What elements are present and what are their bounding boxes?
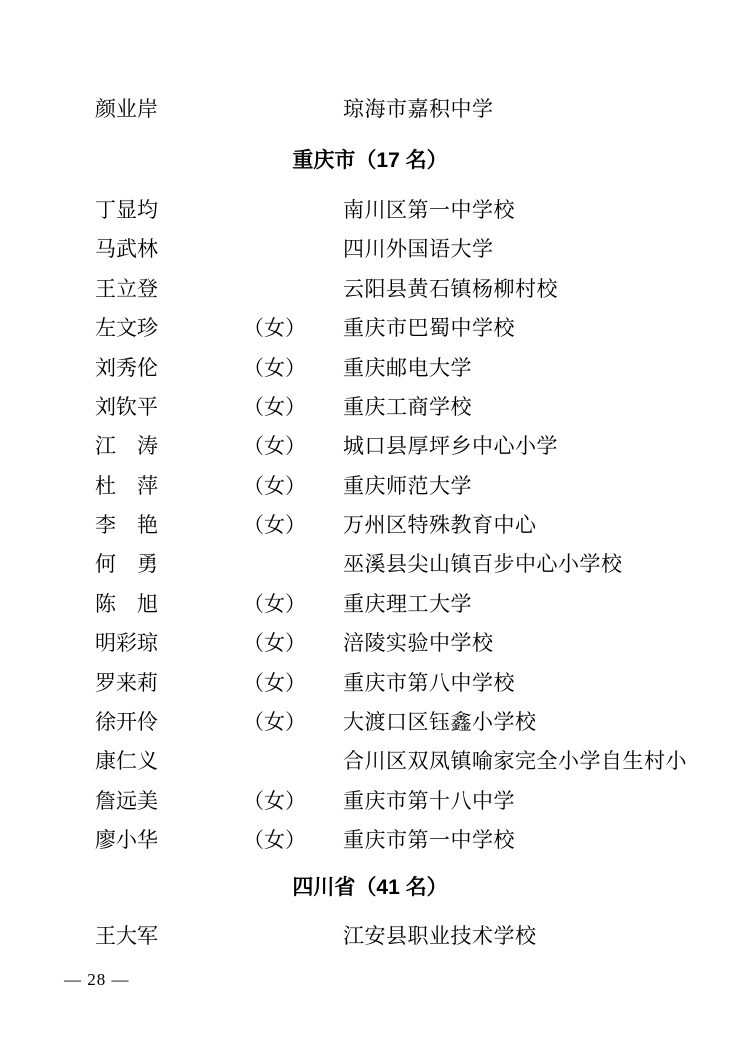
school-name: 重庆市第八中学校 (343, 664, 750, 703)
school-name: 重庆市第一中学校 (343, 821, 750, 860)
section-title-sichuan: 四川省（41 名） (0, 875, 740, 901)
person-name: 刘钦平 (95, 388, 243, 427)
person-name: 罗来莉 (95, 664, 243, 703)
school-name: 重庆邮电大学 (343, 349, 750, 388)
person-name: 马武林 (95, 230, 243, 269)
section-title-chongqing: 重庆市（17 名） (0, 148, 740, 174)
school-name: 万州区特殊教育中心 (343, 506, 750, 545)
person-name: 李 艳 (95, 506, 243, 545)
school-name: 南川区第一中学校 (343, 191, 750, 230)
table-row: 马武林 四川外国语大学 (0, 230, 750, 269)
table-row: 杜 萍 （女） 重庆师范大学 (0, 467, 750, 506)
person-name: 王大军 (95, 917, 243, 956)
school-name: 重庆工商学校 (343, 388, 750, 427)
table-row: 明彩琼 （女） 涪陵实验中学校 (0, 624, 750, 663)
table-row: 徐开伶 （女） 大渡口区钰鑫小学校 (0, 703, 750, 742)
section-sichuan-rows: 王大军 江安县职业技术学校 (0, 917, 750, 956)
school-name: 重庆市巴蜀中学校 (343, 309, 750, 348)
school-name: 四川外国语大学 (343, 230, 750, 269)
table-row: 江 涛 （女） 城口县厚坪乡中心小学 (0, 427, 750, 466)
person-name: 杜 萍 (95, 467, 243, 506)
person-name: 詹远美 (95, 782, 243, 821)
school-name: 大渡口区钰鑫小学校 (343, 703, 750, 742)
section-chongqing-rows: 丁显均 南川区第一中学校 马武林 四川外国语大学 王立登 云阳县黄石镇杨柳村校 … (0, 191, 750, 860)
gender-label: （女） (243, 782, 343, 821)
person-name: 何 勇 (95, 545, 243, 584)
school-name: 重庆师范大学 (343, 467, 750, 506)
gender-label: （女） (243, 388, 343, 427)
table-row: 廖小华 （女） 重庆市第一中学校 (0, 821, 750, 860)
table-row: 康仁义 合川区双凤镇喻家完全小学自生村小 (0, 742, 750, 781)
school-name: 重庆理工大学 (343, 585, 750, 624)
person-name: 刘秀伦 (95, 349, 243, 388)
document-page: 颜业岸 琼海市嘉积中学 重庆市（17 名） 丁显均 南川区第一中学校 马武林 四… (0, 0, 750, 1060)
person-name: 左文珍 (95, 309, 243, 348)
person-name: 明彩琼 (95, 624, 243, 663)
table-row: 詹远美 （女） 重庆市第十八中学 (0, 782, 750, 821)
table-row: 丁显均 南川区第一中学校 (0, 191, 750, 230)
page-number: — 28 — (64, 970, 130, 990)
person-name: 丁显均 (95, 191, 243, 230)
person-name: 陈 旭 (95, 585, 243, 624)
table-row: 刘秀伦 （女） 重庆邮电大学 (0, 349, 750, 388)
gender-label: （女） (243, 506, 343, 545)
school-name: 合川区双凤镇喻家完全小学自生村小 (343, 742, 750, 781)
person-name: 江 涛 (95, 427, 243, 466)
person-name: 王立登 (95, 270, 243, 309)
gender-label: （女） (243, 467, 343, 506)
gender-label: （女） (243, 664, 343, 703)
table-row: 罗来莉 （女） 重庆市第八中学校 (0, 664, 750, 703)
school-name: 云阳县黄石镇杨柳村校 (343, 270, 750, 309)
person-name: 颜业岸 (95, 90, 243, 129)
gender-label: （女） (243, 585, 343, 624)
leading-row-list: 颜业岸 琼海市嘉积中学 (0, 90, 750, 129)
table-row: 刘钦平 （女） 重庆工商学校 (0, 388, 750, 427)
school-name: 城口县厚坪乡中心小学 (343, 427, 750, 466)
person-name: 廖小华 (95, 821, 243, 860)
school-name: 重庆市第十八中学 (343, 782, 750, 821)
person-name: 徐开伶 (95, 703, 243, 742)
table-row: 陈 旭 （女） 重庆理工大学 (0, 585, 750, 624)
gender-label: （女） (243, 349, 343, 388)
school-name: 江安县职业技术学校 (343, 917, 750, 956)
table-row: 何 勇 巫溪县尖山镇百步中心小学校 (0, 545, 750, 584)
gender-label: （女） (243, 703, 343, 742)
gender-label: （女） (243, 821, 343, 860)
table-row: 颜业岸 琼海市嘉积中学 (0, 90, 750, 129)
person-name: 康仁义 (95, 742, 243, 781)
table-row: 左文珍 （女） 重庆市巴蜀中学校 (0, 309, 750, 348)
school-name: 琼海市嘉积中学 (343, 90, 750, 129)
school-name: 涪陵实验中学校 (343, 624, 750, 663)
table-row: 王立登 云阳县黄石镇杨柳村校 (0, 270, 750, 309)
gender-label: （女） (243, 427, 343, 466)
table-row: 李 艳 （女） 万州区特殊教育中心 (0, 506, 750, 545)
table-row: 王大军 江安县职业技术学校 (0, 917, 750, 956)
gender-label: （女） (243, 309, 343, 348)
school-name: 巫溪县尖山镇百步中心小学校 (343, 545, 750, 584)
gender-label: （女） (243, 624, 343, 663)
